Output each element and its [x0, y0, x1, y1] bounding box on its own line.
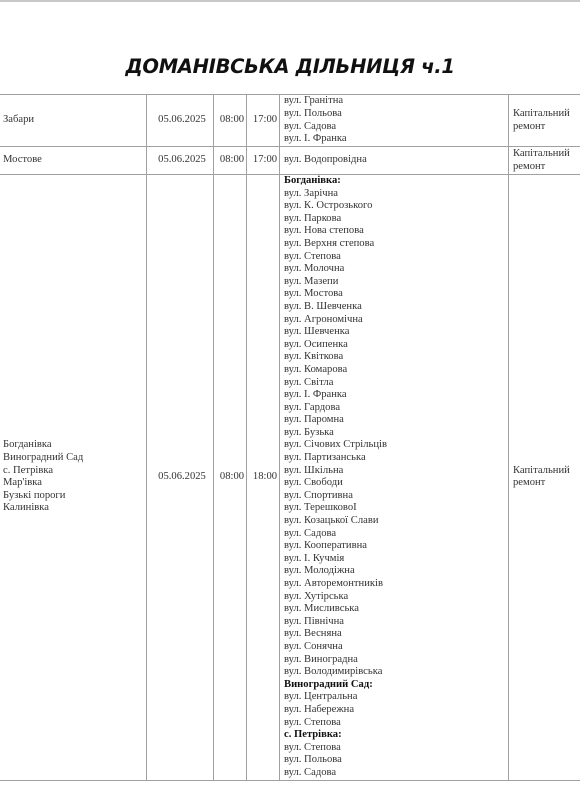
street-name: вул. Гранітна: [284, 95, 508, 108]
street-name: вул. І. Франка: [284, 133, 508, 146]
street-name: вул. Молочна: [284, 263, 508, 276]
settlement-cell: Забари: [0, 95, 147, 147]
street-name: вул. Паркова: [284, 213, 508, 226]
settlement-name: Мостове: [3, 154, 146, 167]
start-time-cell: 08:00: [214, 147, 247, 175]
date-cell: 05.06.2025: [147, 175, 214, 781]
street-name: вул. Володимирівська: [284, 666, 508, 679]
street-name: вул. Кооперативна: [284, 540, 508, 553]
street-name: вул. Агрономічна: [284, 314, 508, 327]
reason-cell: Капітальний ремонт: [509, 95, 580, 147]
settlement-cell: Мостове: [0, 147, 147, 175]
start-time-cell: 08:00: [214, 95, 247, 147]
street-name: вул. Виноградна: [284, 654, 508, 667]
street-group-heading: Виноградний Сад:: [284, 679, 508, 692]
end-time-cell: 18:00: [247, 175, 280, 781]
street-name: вул. Мазепи: [284, 276, 508, 289]
street-name: вул. Садова: [284, 121, 508, 134]
street-name: вул. Осипенка: [284, 339, 508, 352]
street-name: вул. Водопровідна: [284, 154, 508, 167]
street-name: вул. Нова степова: [284, 225, 508, 238]
table-row: БогданівкаВиноградний Садс. ПетрівкаМар'…: [0, 175, 580, 781]
table-row: Забари05.06.202508:0017:00вул. Гранітнав…: [0, 95, 580, 147]
street-name: вул. І. Кучмія: [284, 553, 508, 566]
street-name: вул. І. Франка: [284, 389, 508, 402]
street-name: вул. Комарова: [284, 364, 508, 377]
date-cell: 05.06.2025: [147, 95, 214, 147]
street-name: вул. Польова: [284, 754, 508, 767]
settlement-name: Богданівка: [3, 439, 146, 452]
street-name: вул. Шевченка: [284, 326, 508, 339]
start-time-cell: 08:00: [214, 175, 247, 781]
street-name: вул. Хутірська: [284, 591, 508, 604]
settlement-name: Калинівка: [3, 502, 146, 515]
street-name: вул. Садова: [284, 528, 508, 541]
street-name: вул. Зарічна: [284, 188, 508, 201]
settlement-name: Мар'івка: [3, 477, 146, 490]
street-name: вул. Світла: [284, 377, 508, 390]
street-name: вул. Мостова: [284, 288, 508, 301]
street-name: вул. Авторемонтників: [284, 578, 508, 591]
street-group-heading: с. Петрівка:: [284, 729, 508, 742]
streets-cell: Богданівка:вул. Зарічнавул. К. Острозько…: [280, 175, 509, 781]
date-cell: 05.06.2025: [147, 147, 214, 175]
street-name: вул. Січових Стрільців: [284, 439, 508, 452]
streets-cell: вул. Гранітнавул. Польовавул. Садовавул.…: [280, 95, 509, 147]
street-name: вул. Козацької Слави: [284, 515, 508, 528]
street-name: вул. Паромна: [284, 414, 508, 427]
street-name: вул. К. Острозького: [284, 200, 508, 213]
street-name: вул. Степова: [284, 717, 508, 730]
street-name: вул. Степова: [284, 251, 508, 264]
settlement-cell: БогданівкаВиноградний Садс. ПетрівкаМар'…: [0, 175, 147, 781]
street-group-heading: Богданівка:: [284, 175, 508, 188]
settlement-name: с. Петрівка: [3, 465, 146, 478]
end-time-cell: 17:00: [247, 95, 280, 147]
street-name: вул. Набережна: [284, 704, 508, 717]
street-name: вул. Центральна: [284, 691, 508, 704]
street-name: вул. Сонячна: [284, 641, 508, 654]
table-row: Мостове05.06.202508:0017:00вул. Водопров…: [0, 147, 580, 175]
street-name: вул. Свободи: [284, 477, 508, 490]
street-name: вул. Бузька: [284, 427, 508, 440]
street-name: вул. Польова: [284, 108, 508, 121]
document-title: ДОМАНІВСЬКА ДІЛЬНИЦЯ ч.1: [0, 55, 580, 78]
street-name: вул. Степова: [284, 742, 508, 755]
streets-cell: вул. Водопровідна: [280, 147, 509, 175]
page-top-rule: [0, 0, 580, 2]
settlement-name: Виноградний Сад: [3, 452, 146, 465]
street-name: вул. Садова: [284, 767, 508, 780]
street-name: вул. Північна: [284, 616, 508, 629]
street-name: вул. Спортивна: [284, 490, 508, 503]
street-name: вул. Гардова: [284, 402, 508, 415]
settlement-name: Забари: [3, 114, 146, 127]
street-name: вул. Молодіжна: [284, 565, 508, 578]
street-name: вул. Верхня степова: [284, 238, 508, 251]
street-name: вул. Партизанська: [284, 452, 508, 465]
street-name: вул. В. Шевченка: [284, 301, 508, 314]
street-name: вул. Шкільна: [284, 465, 508, 478]
reason-cell: Капітальний ремонт: [509, 147, 580, 175]
reason-cell: Капітальний ремонт: [509, 175, 580, 781]
settlement-name: Бузькі пороги: [3, 490, 146, 503]
end-time-cell: 17:00: [247, 147, 280, 175]
street-name: вул. Мисливська: [284, 603, 508, 616]
street-name: вул. ТерешковоІ: [284, 502, 508, 515]
outage-schedule-table: Забари05.06.202508:0017:00вул. Гранітнав…: [0, 94, 580, 781]
street-name: вул. Квіткова: [284, 351, 508, 364]
street-name: вул. Весняна: [284, 628, 508, 641]
